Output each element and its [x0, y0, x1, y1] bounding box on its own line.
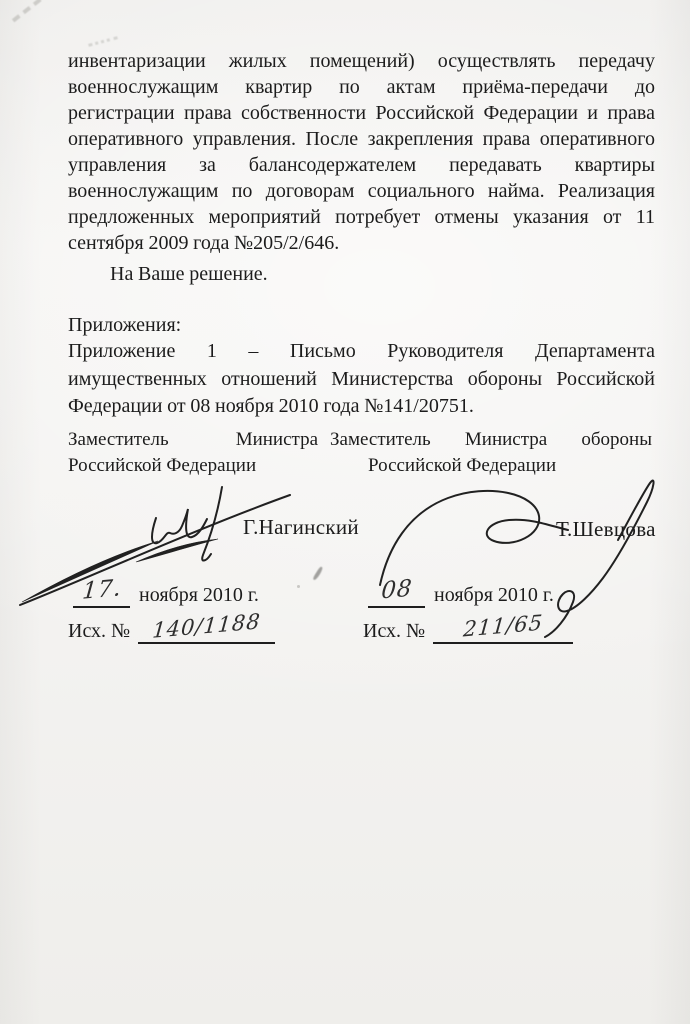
scanned-document-page: инвентаризации жилых помещений) осуществ…	[0, 0, 690, 1024]
signature-name-left: Г.Нагинский	[243, 515, 359, 540]
handwritten-ref-right: 211/65	[463, 610, 545, 641]
body-text-line: сентября 2009 года №205/2/646.	[68, 230, 655, 256]
signatory-title-right: Заместитель Министра обороны Российской …	[330, 427, 652, 479]
attachment-line: Приложение 1 – Письмо Руководителя Депар…	[68, 338, 655, 366]
ref-line-left: Исх. № 140/1188	[68, 610, 368, 644]
attachment-list: Приложение 1 – Письмо Руководителя Депар…	[68, 338, 655, 421]
decision-line: На Ваше решение.	[68, 261, 655, 287]
day-underline-right: 08	[368, 580, 425, 608]
date-ref-block-right: 08 ноября 2010 г. Исх. № 211/65	[363, 574, 663, 644]
ref-label-left: Исх. №	[68, 620, 130, 644]
signatory-title-line: Заместитель Министра обороны	[68, 427, 318, 453]
signatory-title-line: Российской Федерации	[368, 453, 652, 479]
day-underline-left: 17.	[73, 580, 130, 608]
body-text-line: военнослужащим квартир по актам приёма-п…	[68, 74, 655, 100]
attachment-line: Федерации от 08 ноября 2010 года №141/20…	[68, 393, 655, 421]
handwritten-ref-left: 140/1188	[152, 609, 262, 643]
ref-line-right: Исх. № 211/65	[363, 610, 663, 644]
body-text-line: военнослужащим по договорам социального …	[68, 178, 655, 204]
handwritten-day-left: 17.	[81, 575, 123, 605]
body-text-line: регистрации права собственности Российск…	[68, 100, 655, 126]
signatory-title-left: Заместитель Министра обороны Российской …	[68, 427, 318, 479]
date-ref-block-left: 17. ноября 2010 г. Исх. № 140/1188	[68, 574, 368, 644]
body-text-line: инвентаризации жилых помещений) осуществ…	[68, 48, 655, 74]
body-text-line: управления за балансодержателем передава…	[68, 152, 655, 178]
date-text-right: ноября 2010 г.	[434, 584, 554, 608]
date-line-left: 17. ноября 2010 г.	[68, 574, 368, 608]
attachment-line: имущественных отношений Министерства обо…	[68, 366, 655, 394]
body-text-line: оперативного управления. После закреплен…	[68, 126, 655, 152]
date-line-right: 08 ноября 2010 г.	[363, 574, 663, 608]
attachments-heading: Приложения:	[68, 312, 655, 338]
signature-name-right: Т.Шевцова	[556, 517, 656, 542]
pencil-smudge	[12, 0, 52, 22]
ref-label-right: Исх. №	[363, 620, 425, 644]
signatory-title-line: Заместитель Министра обороны	[330, 427, 652, 453]
pencil-smudge	[88, 36, 118, 47]
document-body: инвентаризации жилых помещений) осуществ…	[68, 48, 655, 421]
ref-underline-right: 211/65	[433, 617, 573, 644]
handwritten-day-right: 08	[380, 575, 413, 604]
signatory-title-line: Российской Федерации	[68, 453, 318, 479]
body-text-line: предложенных мероприятий потребует отмен…	[68, 204, 655, 230]
ref-underline-left: 140/1188	[138, 617, 275, 644]
date-text-left: ноября 2010 г.	[139, 584, 259, 608]
